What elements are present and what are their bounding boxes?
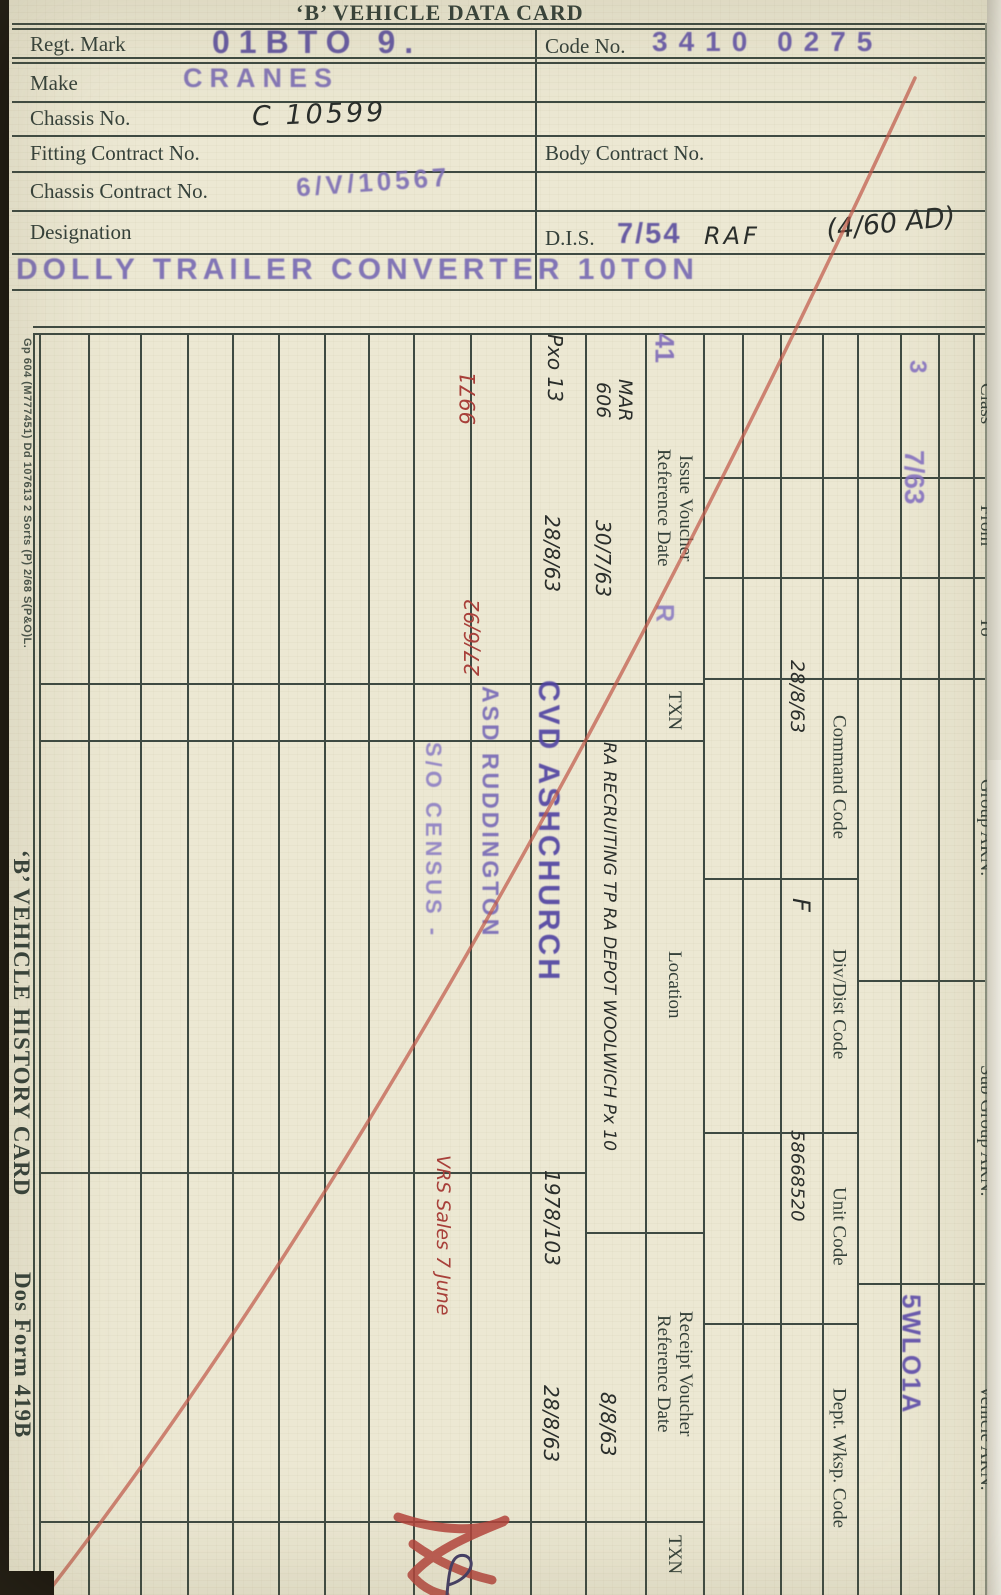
rule bbox=[368, 333, 370, 1595]
rule bbox=[535, 28, 537, 290]
rule bbox=[703, 577, 985, 579]
fitting-contract-label: Fitting Contract No. bbox=[30, 141, 200, 166]
col-header-txn: TXN bbox=[645, 683, 703, 738]
rule bbox=[232, 333, 234, 1595]
entry-vehicle-arn: 5WLO1A bbox=[890, 1294, 932, 1472]
entry-class: 3 bbox=[900, 360, 934, 412]
chassis-no-label: Chassis No. bbox=[30, 106, 130, 131]
dis-stamp-value: 7/54 bbox=[617, 218, 681, 251]
vehicle-data-card-scan: ‘B’ VEHICLE DATA CARD Regt. Mark 01BTO 9… bbox=[0, 0, 1001, 1595]
chassis-no-value: C 10599 bbox=[251, 97, 386, 133]
entry-issue-date-3: 27/6/92 bbox=[451, 536, 493, 676]
rule bbox=[278, 333, 280, 1595]
make-label: Make bbox=[30, 71, 78, 96]
entry-line: MAR bbox=[614, 379, 636, 422]
rule bbox=[857, 333, 859, 1595]
entry-command-code: 28/8/63 bbox=[778, 660, 816, 800]
entry-receipt-date-2: 28/8/63 bbox=[530, 1385, 572, 1550]
scan-right-tear bbox=[988, 760, 1001, 1595]
entry-issue-ref-1: MAR 606 bbox=[586, 333, 642, 468]
regt-mark-label: Regt. Mark bbox=[30, 32, 126, 57]
rule bbox=[780, 333, 782, 1595]
issue-stamp-41: 41 bbox=[644, 333, 684, 411]
entry-location-2: CVD ASHCHURCH bbox=[524, 680, 572, 1115]
chassis-contract-label: Chassis Contract No. bbox=[30, 179, 208, 204]
entry-location-1: RA RECRUITING TP RA DEPOT WOOLWICH Px 10 bbox=[586, 742, 632, 1342]
rule bbox=[12, 171, 985, 173]
dis-note-value: (4/60 AD) bbox=[825, 201, 957, 245]
entry-line: 606 bbox=[592, 382, 614, 418]
entry-receipt-date-1: 8/8/63 bbox=[588, 1392, 628, 1542]
scan-left-edge bbox=[0, 0, 9, 1595]
entry-issue-ref-3: 9971 bbox=[447, 327, 489, 425]
rule bbox=[857, 1283, 985, 1285]
entry-issue-date-2: 28/8/63 bbox=[531, 515, 573, 663]
printer-imprint: Gp 604 (M777451) Dd 107613 2 Sorts (P) 2… bbox=[18, 338, 36, 803]
entry-issue-ref-2: Pxo 13 bbox=[535, 334, 575, 474]
rule bbox=[12, 210, 985, 212]
col-header-div-dist-code: Div/Dist Code bbox=[820, 878, 857, 1130]
rule bbox=[12, 101, 985, 103]
body-contract-label: Body Contract No. bbox=[545, 141, 704, 166]
col-header-line: Receipt Voucher bbox=[674, 1311, 696, 1436]
col-header-unit-code: Unit Code bbox=[820, 1132, 857, 1321]
rule bbox=[324, 333, 326, 1595]
entry-issue-date-1: 30/7/63 bbox=[583, 520, 623, 662]
rule bbox=[12, 62, 985, 64]
entry-location-4-note: VRS Sales 7 June bbox=[421, 1155, 465, 1440]
rule bbox=[33, 333, 985, 335]
designation-stamp: DOLLY TRAILER CONVERTER 10TON bbox=[16, 253, 699, 287]
regt-mark-value: 01BTO 9. bbox=[212, 24, 422, 61]
rule bbox=[12, 289, 985, 291]
designation-label: Designation bbox=[30, 220, 131, 245]
ink-signature-loop bbox=[447, 1555, 471, 1595]
chassis-contract-value: 6/V/10567 bbox=[295, 162, 451, 204]
col-header-location: Location bbox=[645, 740, 703, 1230]
rule bbox=[39, 1172, 585, 1174]
rule bbox=[88, 333, 90, 1595]
entry-location-3: ASD RUDDINGTON bbox=[470, 686, 510, 1064]
dis-label: D.I.S. bbox=[545, 226, 595, 251]
rule bbox=[39, 683, 703, 685]
entry-div-dist-code: F bbox=[784, 898, 818, 964]
rule bbox=[12, 135, 985, 137]
entry-unit-code: 58668520 bbox=[779, 1130, 815, 1320]
rule bbox=[938, 333, 940, 1595]
col-header-txn2: TXN bbox=[645, 1517, 703, 1593]
rule bbox=[703, 477, 985, 479]
issue-stamp-glyph: R bbox=[646, 604, 682, 656]
col-header-dept-wksp-code: Dept. Wksp. Code bbox=[820, 1323, 857, 1593]
col-header-line: Reference Date bbox=[652, 449, 674, 567]
rule bbox=[187, 333, 189, 1595]
page-title: ‘B’ VEHICLE DATA CARD bbox=[296, 0, 584, 26]
col-header-line: Issue Voucher bbox=[674, 455, 696, 561]
col-header-line: Reference Date bbox=[652, 1315, 674, 1433]
code-no-label: Code No. bbox=[545, 34, 626, 59]
entry-receipt-ref-2: 1978/103 bbox=[532, 1170, 572, 1338]
col-header-command-code: Command Code bbox=[820, 678, 857, 876]
rule bbox=[39, 333, 41, 1595]
rule bbox=[742, 333, 744, 1595]
make-value: CRANES bbox=[183, 63, 339, 94]
form-number: Dos Form 419B bbox=[8, 1272, 36, 1522]
entry-location-4: S/O CENSUS - bbox=[413, 742, 453, 1147]
code-no-value: 3410 0275 bbox=[652, 26, 883, 58]
rule bbox=[33, 326, 985, 328]
dis-service-value: RAF bbox=[704, 222, 760, 250]
entry-from: 7/63 bbox=[894, 450, 934, 568]
rule bbox=[703, 333, 705, 1595]
rule bbox=[857, 980, 985, 982]
col-header-receipt-voucher: Receipt Voucher Reference Date bbox=[645, 1232, 703, 1515]
card-back-title: ‘B’ VEHICLE HISTORY CARD bbox=[6, 850, 36, 1245]
rule bbox=[140, 333, 142, 1595]
